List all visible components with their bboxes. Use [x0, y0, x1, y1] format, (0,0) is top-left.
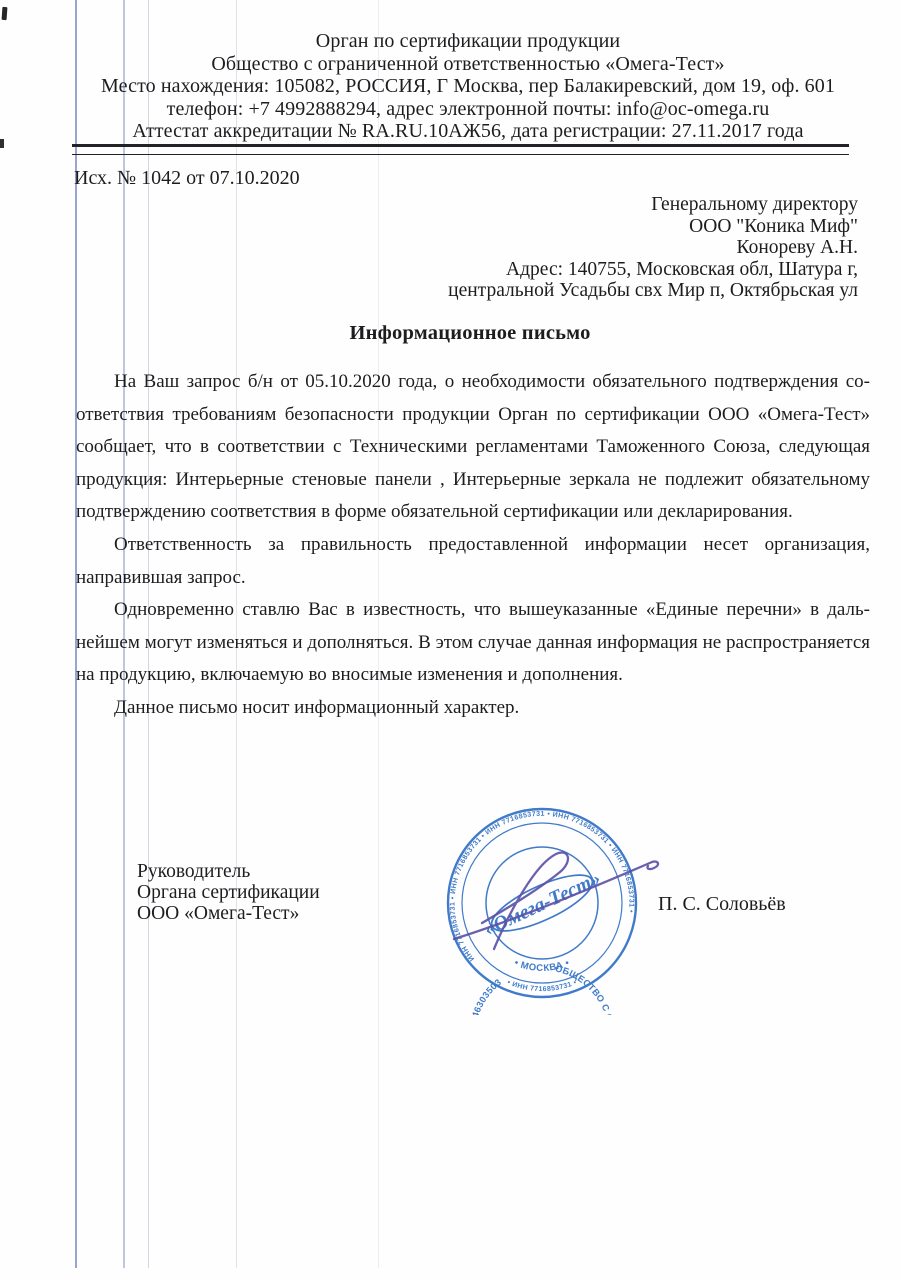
stamp-center: «Омега-Тест»	[478, 861, 606, 945]
scan-corner-mark	[2, 7, 8, 20]
body-line: продукция: Интерьерные стеновые панели ,…	[76, 464, 870, 497]
stamp-ring-main-text: ОБЩЕСТВО С ОГРАНИЧЕННОЙ ОТВЕТСТВЕННОСТЬЮ…	[467, 963, 617, 1015]
stamp-outer-ring-text: ИНН 7716853731 • ИНН 7716853731 • ИНН 77…	[449, 811, 634, 962]
signer-name: П. С. Соловьёв	[658, 893, 786, 916]
body-line: Данное письмо носит информационный харак…	[76, 692, 870, 725]
signature-title-block: Руководитель Органа сертификации ООО «Ом…	[137, 862, 320, 924]
document-title: Информационное письмо	[72, 322, 868, 345]
recipient-line: Адрес: 140755, Московская обл, Шатура г,	[448, 259, 858, 281]
letterhead: Орган по сертификации продукции Общество…	[72, 30, 864, 143]
letter-body: На Ваш запрос б/н от 05.10.2020 года, о …	[76, 366, 870, 725]
recipient-line: ООО "Коника Миф"	[448, 216, 858, 238]
recipient-line: центральной Усадьбы свх Мир п, Октябрьск…	[448, 280, 858, 302]
body-line: Одновременно ставлю Вас в известность, ч…	[76, 594, 870, 627]
recipient-block: Генеральному директору ООО "Коника Миф" …	[448, 194, 858, 302]
svg-text:• МОСКВА •: • МОСКВА •	[513, 957, 572, 974]
recipient-line: Конореву А.Н.	[448, 237, 858, 259]
stamp-ring-bottom-text: • МОСКВА •	[513, 957, 572, 974]
letterhead-line: телефон: +7 4992888294, адрес электронно…	[72, 98, 864, 121]
body-line: нейшем могут изменяться и дополняться. В…	[76, 627, 870, 660]
letterhead-line: Орган по сертификации продукции	[72, 30, 864, 53]
body-line: подтверждению соответствия в форме обяза…	[76, 496, 870, 529]
body-line: на продукцию, включаемую во вносимые изм…	[76, 659, 870, 692]
svg-text:• ИНН 7716853731 •: • ИНН 7716853731 •	[506, 979, 578, 993]
recipient-line: Генеральному директору	[448, 194, 858, 216]
body-line: сообщает, что в соответствии с Техническ…	[76, 431, 870, 464]
scanned-letter-page: Орган по сертификации продукции Общество…	[0, 0, 900, 1280]
signature-title-line: Органа сертификации	[137, 883, 320, 904]
body-line: направившая запрос.	[76, 562, 870, 595]
letterhead-line: Общество с ограниченной ответственностью…	[72, 53, 864, 76]
company-stamp: ИНН 7716853731 • ИНН 7716853731 • ИНН 77…	[432, 793, 692, 1015]
signature-title-line: Руководитель	[137, 862, 320, 883]
body-line: ответствия требованиям безопасности прод…	[76, 399, 870, 432]
letterhead-divider	[72, 144, 849, 155]
svg-text:ИНН 7716853731 • ИНН 771685373: ИНН 7716853731 • ИНН 7716853731 • ИНН 77…	[449, 811, 634, 962]
svg-text:ОБЩЕСТВО С ОГРАНИЧЕННОЙ ОТВЕТС: ОБЩЕСТВО С ОГРАНИЧЕННОЙ ОТВЕТСТВЕННОСТЬЮ…	[467, 963, 617, 1015]
letterhead-line: Аттестат аккредитации № RA.RU.10АЖ56, да…	[72, 120, 864, 143]
stamp-center-text: «Омега-Тест»	[481, 867, 604, 940]
stamp-graphic: ИНН 7716853731 • ИНН 7716853731 • ИНН 77…	[448, 809, 636, 1015]
letterhead-line: Место нахождения: 105082, РОССИЯ, Г Моск…	[72, 75, 864, 98]
outgoing-number: Исх. № 1042 от 07.10.2020	[74, 167, 300, 190]
stamp-outer-ring-bottom-text: • ИНН 7716853731 •	[506, 979, 578, 993]
body-line: Ответственность за правильность предоста…	[76, 529, 870, 562]
handwritten-signature	[454, 852, 658, 949]
body-line: На Ваш запрос б/н от 05.10.2020 года, о …	[76, 366, 870, 399]
signature-title-line: ООО «Омега-Тест»	[137, 904, 320, 925]
scan-edge-mark	[0, 139, 4, 148]
